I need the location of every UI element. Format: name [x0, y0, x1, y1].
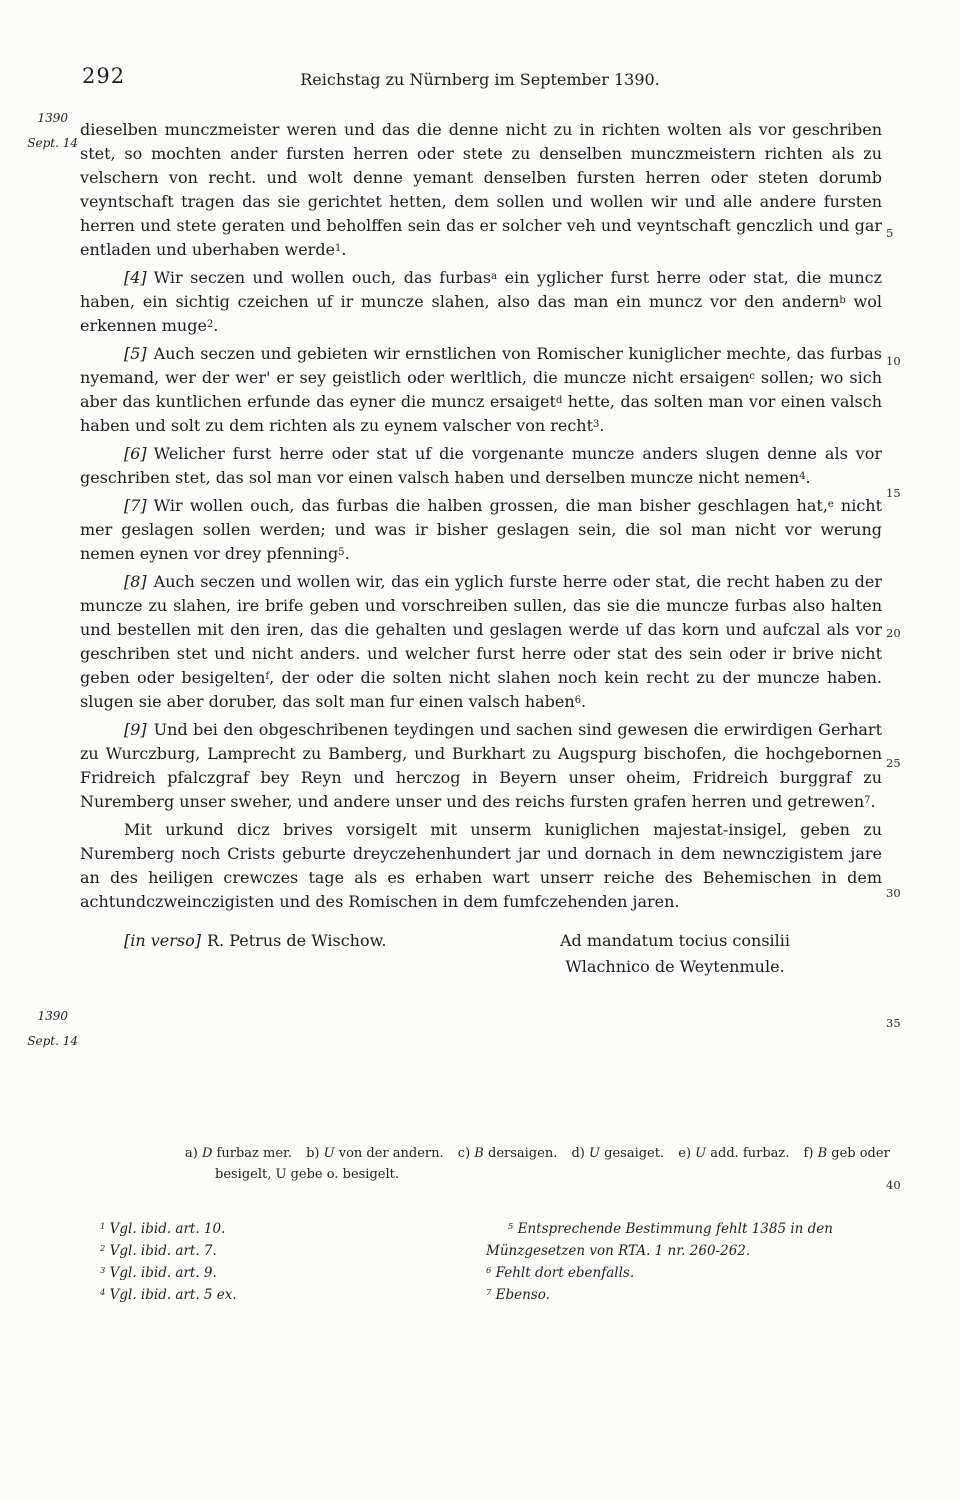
margin-line-number: 15 — [886, 486, 901, 500]
margin-line-number: 30 — [886, 886, 901, 900]
paragraph-text: Auch seczen und gebieten wir ernstlichen… — [80, 344, 882, 435]
body-paragraph: dieselben munczmeister weren und das die… — [80, 118, 882, 262]
margin-line-number: 35 — [886, 1016, 901, 1030]
apparatus-reading: gesaiget. — [604, 1146, 664, 1161]
body-paragraph: [4]Wir seczen und wollen ouch, das furba… — [80, 266, 882, 338]
apparatus-siglum: U — [324, 1146, 335, 1161]
apparatus-reading: von der andern. — [339, 1146, 444, 1161]
apparatus-siglum: D — [202, 1146, 212, 1161]
paragraph-text: dieselben munczmeister weren und das die… — [80, 120, 882, 259]
paragraph-text: Welicher furst herre oder stat uf die vo… — [80, 444, 882, 487]
paragraph-text: Auch seczen und wollen wir, das ein ygli… — [80, 572, 882, 711]
signature-row: [in verso]R. Petrus de Wischow. Ad manda… — [80, 928, 882, 980]
margin-date-year: 1390 — [6, 106, 78, 131]
margin-line-number: 25 — [886, 756, 901, 770]
signature-verso-label: [in verso] — [124, 931, 207, 950]
footnote: 3 Vgl. ibid. art. 9. — [100, 1262, 450, 1284]
footnote: 1 Vgl. ibid. art. 10. — [100, 1218, 450, 1240]
footnotes-right-column: 5 Entsprechende Bestimmung fehlt 1385 in… — [486, 1218, 882, 1306]
signature-verso-name: R. Petrus de Wischow. — [207, 931, 386, 950]
body-paragraph: [9]Und bei den obgeschribenen teydingen … — [80, 718, 882, 814]
signature-verso: [in verso]R. Petrus de Wischow. — [124, 928, 386, 980]
apparatus-entry: c) B dersaigen. — [458, 1146, 558, 1161]
paragraph-number: [8] — [124, 572, 154, 591]
footnote: 5 Entsprechende Bestimmung fehlt 1385 in… — [486, 1218, 882, 1262]
margin-line-number: 20 — [886, 626, 901, 640]
body-paragraph: [7]Wir wollen ouch, das furbas die halbe… — [80, 494, 882, 566]
variant-apparatus: a) D furbaz mer. b) U von der andern. c)… — [185, 1143, 915, 1185]
footnote: 7 Ebenso. — [486, 1284, 882, 1306]
paragraph-text: Wir seczen und wollen ouch, das furbasa … — [80, 268, 882, 335]
footnote: 4 Vgl. ibid. art. 5 ex. — [100, 1284, 450, 1306]
margin-date-note: 1390 Sept. 14 — [6, 106, 78, 156]
footnote: 6 Fehlt dort ebenfalls. — [486, 1262, 882, 1284]
apparatus-reading: dersaigen. — [488, 1146, 557, 1161]
signature-mandate: Ad mandatum tocius consilii Wlachnico de… — [510, 928, 840, 980]
margin-date-day: Sept. 14 — [6, 1029, 78, 1054]
paragraph-text: Und bei den obgeschribenen teydingen und… — [80, 720, 882, 811]
apparatus-entry: b) U von der andern. — [306, 1146, 444, 1161]
apparatus-siglum: B — [818, 1146, 828, 1161]
margin-line-number: 10 — [886, 354, 901, 368]
body-paragraph: [6]Welicher furst herre oder stat uf die… — [80, 442, 882, 490]
apparatus-reading: furbaz mer. — [217, 1146, 292, 1161]
paragraph-text: Mit urkund dicz brives vorsigelt mit uns… — [80, 820, 882, 911]
apparatus-entry: d) U gesaiget. — [571, 1146, 664, 1161]
footnotes-left-column: 1 Vgl. ibid. art. 10. 2 Vgl. ibid. art. … — [100, 1218, 450, 1306]
scanned-book-page: 292 Reichstag zu Nürnberg im September 1… — [0, 0, 960, 1500]
margin-date-day: Sept. 14 — [6, 131, 78, 156]
margin-date-note: 1390 Sept. 14 — [6, 1004, 78, 1054]
paragraph-number: [6] — [124, 444, 154, 463]
body-paragraph: [8]Auch seczen und wollen wir, das ein y… — [80, 570, 882, 714]
apparatus-entry: e) U add. furbaz. — [678, 1146, 789, 1161]
paragraph-number: [5] — [124, 344, 154, 363]
apparatus-reading: add. furbaz. — [710, 1146, 789, 1161]
document-body: dieselben munczmeister weren und das die… — [80, 118, 882, 980]
apparatus-letter: b) — [306, 1146, 319, 1161]
body-paragraph: Mit urkund dicz brives vorsigelt mit uns… — [80, 818, 882, 914]
apparatus-letter: c) — [458, 1146, 470, 1161]
body-paragraph: [5]Auch seczen und gebieten wir ernstlic… — [80, 342, 882, 438]
signature-mandate-line1: Ad mandatum tocius consilii — [510, 928, 840, 954]
paragraph-number: [7] — [124, 496, 154, 515]
footnote: 2 Vgl. ibid. art. 7. — [100, 1240, 450, 1262]
apparatus-entry: a) D furbaz mer. — [185, 1146, 292, 1161]
apparatus-siglum: U — [589, 1146, 600, 1161]
paragraph-number: [4] — [124, 268, 154, 287]
paragraph-number: [9] — [124, 720, 154, 739]
apparatus-letter: f) — [804, 1146, 814, 1161]
apparatus-siglum: B — [474, 1146, 484, 1161]
signature-mandate-line2: Wlachnico de Weytenmule. — [510, 954, 840, 980]
apparatus-siglum: U — [695, 1146, 706, 1161]
margin-date-year: 1390 — [6, 1004, 78, 1029]
margin-line-number: 5 — [886, 226, 893, 240]
apparatus-letter: e) — [678, 1146, 691, 1161]
paragraph-text: Wir wollen ouch, das furbas die halben g… — [80, 496, 882, 563]
running-head-title: Reichstag zu Nürnberg im September 1390. — [0, 70, 960, 89]
apparatus-letter: d) — [571, 1146, 584, 1161]
apparatus-letter: a) — [185, 1146, 198, 1161]
